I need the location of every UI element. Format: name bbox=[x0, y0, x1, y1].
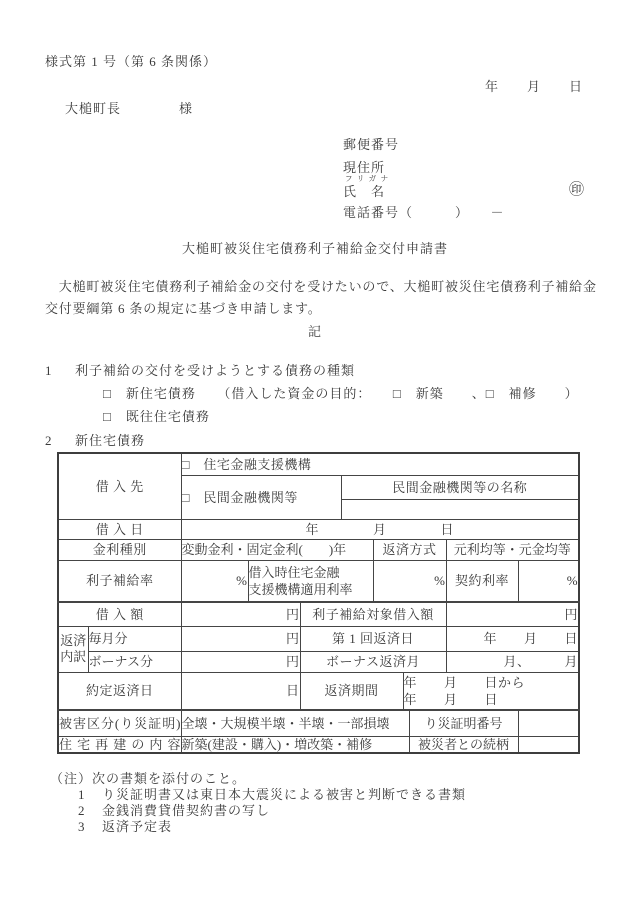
note-1-number: 1 bbox=[78, 787, 102, 802]
lender-option-jfa-label: 住宅金融支援機構 bbox=[190, 457, 312, 472]
bonus-label: ボーナス分 bbox=[88, 651, 181, 672]
checkbox-private-icon[interactable]: □ bbox=[182, 490, 190, 505]
note-1-text: り災証明書又は東日本大震災による被害と判断できる書類 bbox=[102, 787, 466, 802]
borrow-date-input[interactable]: 年 月 日 bbox=[181, 519, 579, 539]
monthly-amount-input[interactable]: 円 bbox=[181, 626, 300, 651]
first-repay-date-label: 第 1 回返済日 bbox=[300, 626, 446, 651]
section2-heading: 2新住宅債務 bbox=[45, 433, 145, 448]
note-3-number: 3 bbox=[78, 819, 102, 834]
checkbox-jfa-icon[interactable]: □ bbox=[182, 457, 190, 472]
section1-number: 1 bbox=[45, 363, 75, 378]
repay-breakdown-label: 返済内訳 bbox=[58, 626, 88, 672]
subsidy-target-amount-label: 利子補給対象借入額 bbox=[300, 602, 446, 626]
checkbox-purpose-shinchiku-icon[interactable]: □ bbox=[393, 386, 402, 401]
body-line-2: 交付要綱第 6 条の規定に基づき申請します。 bbox=[45, 301, 322, 316]
subsidy-rate-label: 利子補給率 bbox=[58, 560, 181, 602]
section2-number: 2 bbox=[45, 433, 75, 448]
date-line[interactable]: 年 月 日 bbox=[485, 79, 583, 94]
subsidy-target-amount-input[interactable]: 円 bbox=[446, 602, 579, 626]
note-item-2: 2金銭消費貸借契約書の写し bbox=[78, 803, 270, 818]
bonus-month-input[interactable]: 月、 月 bbox=[446, 651, 579, 672]
form-number: 様式第 1 号（第 6 条関係） bbox=[45, 54, 217, 69]
loan-amount-label: 借 入 額 bbox=[58, 602, 181, 626]
private-lender-name-label: 民間金融機関等の名称 bbox=[341, 475, 579, 499]
addressee-line: 大槌町長様 bbox=[65, 101, 193, 116]
loan-details-table: 借 入 先 □ 住宅金融支援機構 □ 民間金融機関等 民間金融機関等の名称 借 … bbox=[57, 452, 580, 754]
option-purpose-shinchiku-label: 新築 、 bbox=[402, 386, 486, 401]
repay-method-label: 返済方式 bbox=[373, 539, 446, 560]
disaster-cert-no-label: り災証明番号 bbox=[409, 710, 518, 736]
loan-amount-input[interactable]: 円 bbox=[181, 602, 300, 626]
private-lender-name-input[interactable] bbox=[341, 499, 579, 519]
bonus-month-label: ボーナス返済月 bbox=[300, 651, 446, 672]
option-new-debt-label: 新住宅債務 （借入した資金の目的： bbox=[112, 386, 393, 401]
lender-label-cell: 借 入 先 bbox=[58, 453, 181, 519]
seal-mark-icon: ㊞ bbox=[569, 183, 585, 198]
contract-rate-label: 契約利率 bbox=[446, 560, 518, 602]
section2-title: 新住宅債務 bbox=[75, 433, 145, 448]
agreed-repay-day-label: 約定返済日 bbox=[58, 672, 181, 710]
repay-period-label: 返済期間 bbox=[300, 672, 403, 710]
repay-period-input[interactable]: 年 月 日から年 月 日 bbox=[403, 672, 579, 710]
checkbox-new-debt-icon[interactable]: □ bbox=[103, 386, 112, 401]
page-title: 大槌町被災住宅債務利子補給金交付申請書 bbox=[0, 241, 630, 256]
damage-class-label: 被害区分(り災証明) bbox=[58, 710, 181, 736]
rate-type-label: 金利種別 bbox=[58, 539, 181, 560]
application-form-page: 様式第 1 号（第 6 条関係） 年 月 日 大槌町長様 郵便番号 現住所 フリ… bbox=[0, 0, 630, 915]
section1-title: 利子補給の交付を受けようとする債務の種類 bbox=[75, 363, 355, 378]
subsidy-rate-input[interactable]: % bbox=[181, 560, 248, 602]
addressee: 大槌町長 bbox=[65, 101, 121, 116]
first-repay-date-input[interactable]: 年 月 日 bbox=[446, 626, 579, 651]
postal-code-label[interactable]: 郵便番号 bbox=[343, 137, 399, 152]
section1-heading: 1利子補給の交付を受けようとする債務の種類 bbox=[45, 363, 355, 378]
relationship-input[interactable] bbox=[518, 736, 579, 753]
damage-class-options[interactable]: 全壊・大規模半壊・半壊・一部損壊 bbox=[181, 710, 409, 736]
lender-option-private-cell: □ 民間金融機関等 bbox=[181, 475, 341, 519]
lender-option-private-label: 民間金融機関等 bbox=[190, 490, 298, 505]
checkbox-existing-debt-icon[interactable]: □ bbox=[103, 409, 112, 424]
jfa-applied-rate-input[interactable]: % bbox=[373, 560, 446, 602]
repay-method-options[interactable]: 元利均等・元金均等 bbox=[446, 539, 579, 560]
name-label[interactable]: 氏 名 bbox=[343, 184, 385, 199]
ki-heading: 記 bbox=[0, 324, 630, 339]
note-item-1: 1り災証明書又は東日本大震災による被害と判断できる書類 bbox=[78, 787, 466, 802]
jfa-applied-rate-label: 借入時住宅金融支援機構適用利率 bbox=[248, 560, 373, 602]
body-line-1: 大槌町被災住宅債務利子補給金の交付を受けたいので、大槌町被災住宅債務利子補給金 bbox=[45, 279, 597, 294]
checkbox-purpose-hoshu-icon[interactable]: □ bbox=[486, 386, 495, 401]
debt-type-option-new: □ 新住宅債務 （借入した資金の目的： □ 新築 、□ 補修 ） bbox=[103, 386, 579, 401]
borrow-date-label: 借 入 日 bbox=[58, 519, 181, 539]
rate-type-options[interactable]: 変動金利・固定金利( )年 bbox=[181, 539, 373, 560]
bonus-amount-input[interactable]: 円 bbox=[181, 651, 300, 672]
lender-option-jfa-cell: □ 住宅金融支援機構 bbox=[181, 453, 579, 475]
address-label[interactable]: 現住所 bbox=[343, 160, 385, 175]
phone-label[interactable]: 電話番号（ ） － bbox=[343, 205, 505, 220]
relationship-label: 被災者との続柄 bbox=[409, 736, 518, 753]
note-3-text: 返済予定表 bbox=[102, 819, 172, 834]
note-2-text: 金銭消費貸借契約書の写し bbox=[102, 803, 270, 818]
agreed-repay-day-input[interactable]: 日 bbox=[181, 672, 300, 710]
rebuild-type-options[interactable]: 新築(建設・購入)・増改築・補修 bbox=[181, 736, 409, 753]
rebuild-type-label: 住宅再建の内容 bbox=[58, 736, 181, 753]
monthly-label: 毎月分 bbox=[88, 626, 181, 651]
disaster-cert-no-input[interactable] bbox=[518, 710, 579, 736]
option-existing-debt-label: 既往住宅債務 bbox=[112, 409, 210, 424]
honorific: 様 bbox=[179, 101, 193, 116]
notes-header: （注）次の書類を添付のこと。 bbox=[50, 771, 246, 786]
contract-rate-input[interactable]: % bbox=[518, 560, 579, 602]
debt-type-option-existing: □ 既往住宅債務 bbox=[103, 409, 210, 424]
furigana-label: フリガナ bbox=[345, 175, 393, 183]
note-2-number: 2 bbox=[78, 803, 102, 818]
note-item-3: 3返済予定表 bbox=[78, 819, 172, 834]
option-purpose-hoshu-label: 補修 ） bbox=[495, 386, 579, 401]
